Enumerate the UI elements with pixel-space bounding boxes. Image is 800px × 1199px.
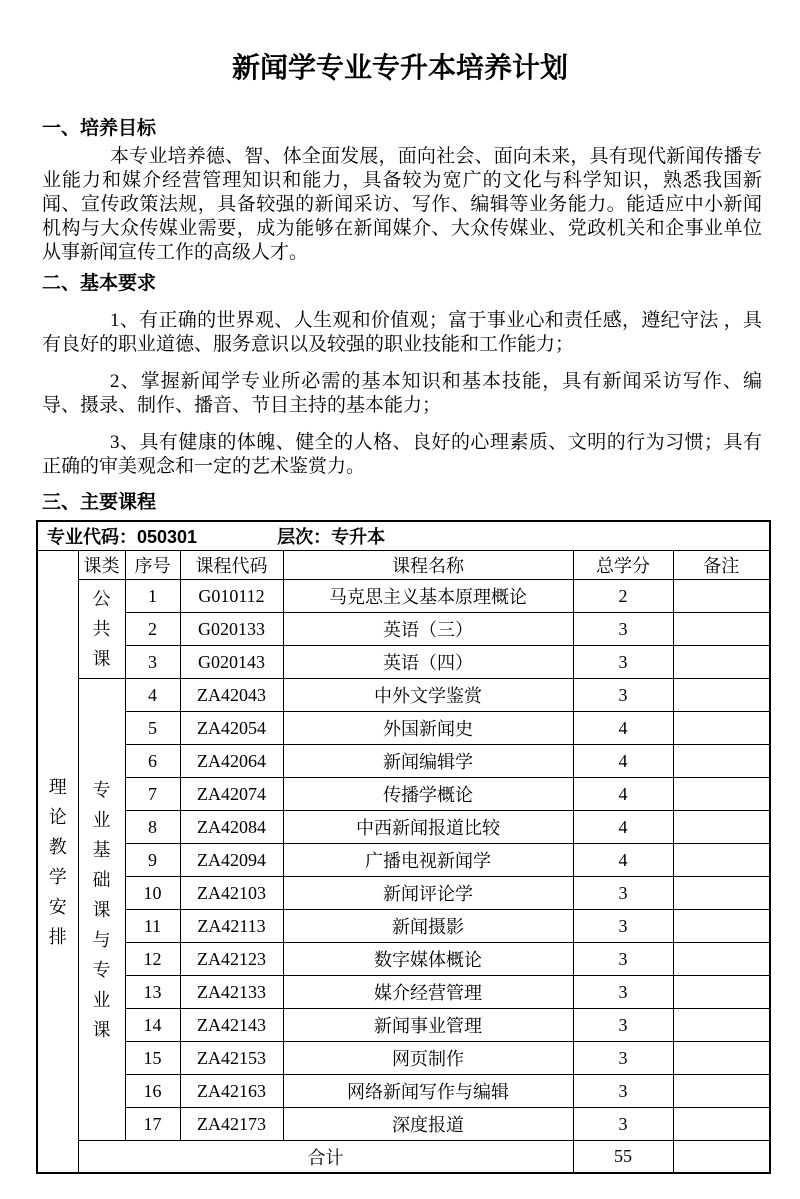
section-heading-courses: 三、主要课程 [42, 491, 762, 515]
name-cell: 新闻编辑学 [283, 745, 573, 778]
name-cell: 媒介经营管理 [283, 976, 573, 1009]
serial-cell: 4 [125, 679, 180, 712]
group-label-major: 专业基础课与专业课 [92, 775, 112, 1045]
name-cell: 网页制作 [283, 1042, 573, 1075]
document-body: 一、培养目标 本专业培养德、智、体全面发展，面向社会、面向未来，具有现代新闻传播… [42, 117, 762, 515]
serial-cell: 14 [125, 1009, 180, 1042]
serial-cell: 8 [125, 811, 180, 844]
code-cell: ZA42074 [180, 778, 283, 811]
code-cell: G010112 [180, 580, 283, 613]
note-cell [673, 712, 770, 745]
table-row: 11 ZA42113 新闻摄影 3 [37, 910, 770, 943]
note-cell [673, 745, 770, 778]
credits-cell: 4 [573, 778, 673, 811]
name-cell: 马克思主义基本原理概论 [283, 580, 573, 613]
serial-cell: 12 [125, 943, 180, 976]
name-cell: 新闻摄影 [283, 910, 573, 943]
code-cell: G020143 [180, 646, 283, 679]
note-cell [673, 580, 770, 613]
code-cell: ZA42143 [180, 1009, 283, 1042]
requirement-item-3: 3、具有健康的体魄、健全的人格、良好的心理素质、文明的行为习惯；具有正确的审美观… [42, 431, 762, 479]
name-cell: 广播电视新闻学 [283, 844, 573, 877]
name-cell: 数字媒体概论 [283, 943, 573, 976]
major-code-text: 专业代码：050301 [47, 527, 197, 547]
table-row: 17 ZA42173 深度报道 3 [37, 1108, 770, 1141]
code-cell: ZA42054 [180, 712, 283, 745]
table-row: 13 ZA42133 媒介经营管理 3 [37, 976, 770, 1009]
table-row: 2 G020133 英语（三） 3 [37, 613, 770, 646]
col-header-course-name: 课程名称 [283, 551, 573, 580]
name-cell: 深度报道 [283, 1108, 573, 1141]
credits-cell: 3 [573, 943, 673, 976]
col-header-course-code: 课程代码 [180, 551, 283, 580]
credits-cell: 2 [573, 580, 673, 613]
col-header-course-class: 课类 [78, 551, 125, 580]
name-cell: 新闻事业管理 [283, 1009, 573, 1042]
table-row: 3 G020143 英语（四） 3 [37, 646, 770, 679]
note-cell [673, 1009, 770, 1042]
name-cell: 英语（四） [283, 646, 573, 679]
table-row: 6 ZA42064 新闻编辑学 4 [37, 745, 770, 778]
credits-cell: 4 [573, 712, 673, 745]
table-row: 8 ZA42084 中西新闻报道比较 4 [37, 811, 770, 844]
group-label-public: 公共课 [92, 584, 112, 674]
group-cell-public: 公共课 [78, 580, 125, 679]
code-cell: ZA42123 [180, 943, 283, 976]
code-cell: ZA42113 [180, 910, 283, 943]
note-cell [673, 844, 770, 877]
code-cell: ZA42163 [180, 1075, 283, 1108]
note-cell [673, 679, 770, 712]
note-cell [673, 1042, 770, 1075]
code-cell: G020133 [180, 613, 283, 646]
requirement-item-1: 1、有正确的世界观、人生观和价值观；富于事业心和责任感，遵纪守法 ，具有良好的职… [42, 309, 762, 357]
serial-cell: 11 [125, 910, 180, 943]
serial-cell: 1 [125, 580, 180, 613]
credits-cell: 4 [573, 844, 673, 877]
table-row: 15 ZA42153 网页制作 3 [37, 1042, 770, 1075]
code-cell: ZA42153 [180, 1042, 283, 1075]
courses-table: 专业代码：050301 层次：专升本 理论教学安排 课类 序号 课程代码 课程名… [36, 520, 771, 1174]
objectives-paragraph: 本专业培养德、智、体全面发展，面向社会、面向未来，具有现代新闻传播专业能力和媒介… [42, 145, 762, 265]
name-cell: 中外文学鉴赏 [283, 679, 573, 712]
credits-cell: 3 [573, 910, 673, 943]
code-cell: ZA42133 [180, 976, 283, 1009]
note-cell [673, 778, 770, 811]
note-cell [673, 646, 770, 679]
note-cell [673, 943, 770, 976]
note-cell [673, 1108, 770, 1141]
serial-cell: 13 [125, 976, 180, 1009]
name-cell: 网络新闻写作与编辑 [283, 1075, 573, 1108]
code-cell: ZA42064 [180, 745, 283, 778]
name-cell: 新闻评论学 [283, 877, 573, 910]
note-cell [673, 811, 770, 844]
table-row: 14 ZA42143 新闻事业管理 3 [37, 1009, 770, 1042]
col-header-serial: 序号 [125, 551, 180, 580]
table-row: 10 ZA42103 新闻评论学 3 [37, 877, 770, 910]
requirement-item-2: 2、掌握新闻学专业所必需的基本知识和基本技能，具有新闻采访写作、编导、摄录、制作… [42, 370, 762, 418]
serial-cell: 2 [125, 613, 180, 646]
code-cell: ZA42173 [180, 1108, 283, 1141]
serial-cell: 17 [125, 1108, 180, 1141]
table-row: 公共课 1 G010112 马克思主义基本原理概论 2 [37, 580, 770, 613]
note-cell [673, 877, 770, 910]
table-total-row: 合计 55 [37, 1141, 770, 1174]
col-header-total-credits: 总学分 [573, 551, 673, 580]
credits-cell: 3 [573, 877, 673, 910]
code-cell: ZA42094 [180, 844, 283, 877]
credits-cell: 3 [573, 679, 673, 712]
serial-cell: 3 [125, 646, 180, 679]
credits-cell: 4 [573, 811, 673, 844]
document-page: 新闻学专业专升本培养计划 一、培养目标 本专业培养德、智、体全面发展，面向社会、… [0, 0, 800, 1199]
table-row: 专业基础课与专业课 4 ZA42043 中外文学鉴赏 3 [37, 679, 770, 712]
name-cell: 中西新闻报道比较 [283, 811, 573, 844]
credits-cell: 3 [573, 1075, 673, 1108]
code-cell: ZA42103 [180, 877, 283, 910]
table-meta-row: 专业代码：050301 层次：专升本 [37, 521, 770, 551]
serial-cell: 16 [125, 1075, 180, 1108]
total-note-cell [673, 1141, 770, 1174]
credits-cell: 3 [573, 613, 673, 646]
name-cell: 英语（三） [283, 613, 573, 646]
table-row: 9 ZA42094 广播电视新闻学 4 [37, 844, 770, 877]
note-cell [673, 976, 770, 1009]
note-cell [673, 613, 770, 646]
credits-cell: 4 [573, 745, 673, 778]
code-cell: ZA42043 [180, 679, 283, 712]
section-heading-objectives: 一、培养目标 [42, 117, 762, 141]
serial-cell: 5 [125, 712, 180, 745]
table-row: 5 ZA42054 外国新闻史 4 [37, 712, 770, 745]
group-cell-major: 专业基础课与专业课 [78, 679, 125, 1141]
table-row: 12 ZA42123 数字媒体概论 3 [37, 943, 770, 976]
credits-cell: 3 [573, 1042, 673, 1075]
serial-cell: 15 [125, 1042, 180, 1075]
table-header-row: 理论教学安排 课类 序号 课程代码 课程名称 总学分 备注 [37, 551, 770, 580]
serial-cell: 10 [125, 877, 180, 910]
total-label-cell: 合计 [78, 1141, 573, 1174]
serial-cell: 7 [125, 778, 180, 811]
note-cell [673, 910, 770, 943]
table-row: 16 ZA42163 网络新闻写作与编辑 3 [37, 1075, 770, 1108]
section-heading-requirements: 二、基本要求 [42, 272, 762, 296]
name-cell: 外国新闻史 [283, 712, 573, 745]
code-cell: ZA42084 [180, 811, 283, 844]
credits-cell: 3 [573, 976, 673, 1009]
meta-cell: 专业代码：050301 层次：专升本 [37, 521, 770, 551]
name-cell: 传播学概论 [283, 778, 573, 811]
total-credits-cell: 55 [573, 1141, 673, 1174]
col-header-note: 备注 [673, 551, 770, 580]
level-text: 层次：专升本 [277, 527, 385, 547]
credits-cell: 3 [573, 646, 673, 679]
page-title: 新闻学专业专升本培养计划 [0, 50, 800, 86]
table-row: 7 ZA42074 传播学概论 4 [37, 778, 770, 811]
serial-cell: 6 [125, 745, 180, 778]
serial-cell: 9 [125, 844, 180, 877]
credits-cell: 3 [573, 1009, 673, 1042]
side-label-cell: 理论教学安排 [37, 551, 78, 1174]
side-label: 理论教学安排 [48, 772, 68, 952]
credits-cell: 3 [573, 1108, 673, 1141]
note-cell [673, 1075, 770, 1108]
